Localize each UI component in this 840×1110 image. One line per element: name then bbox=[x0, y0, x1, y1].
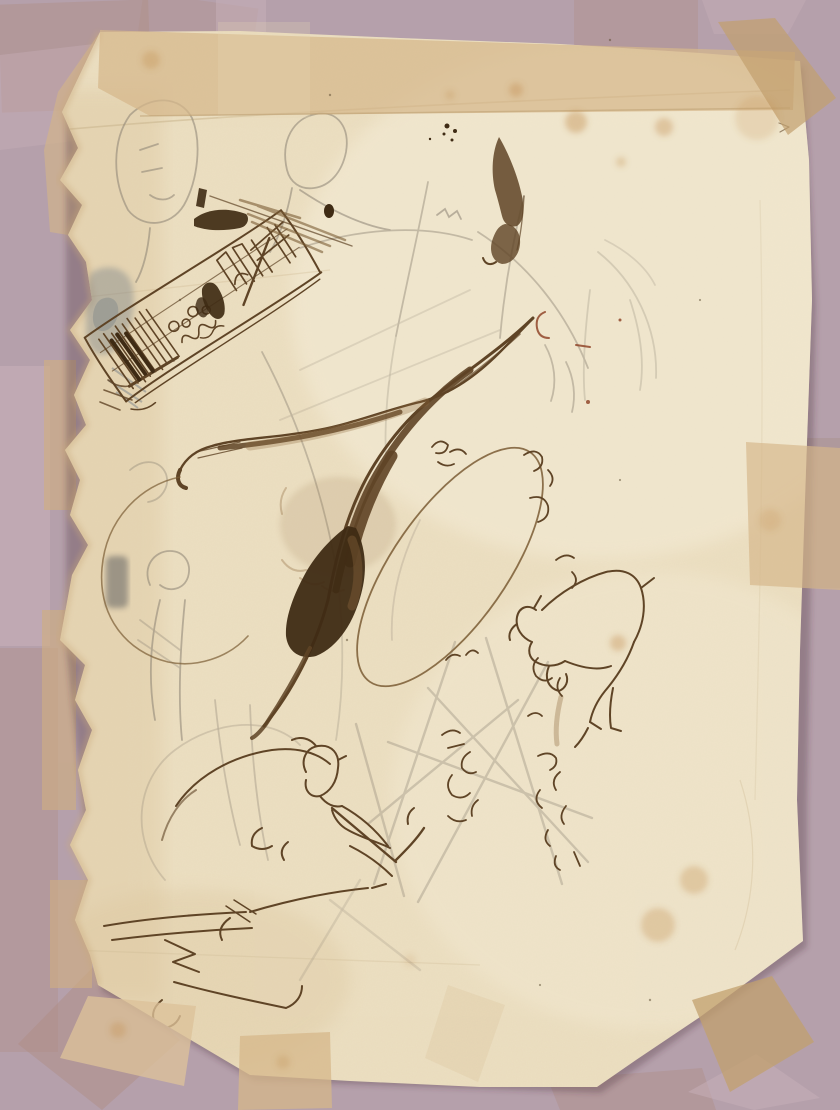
tape-bottom-middle bbox=[238, 1032, 332, 1110]
artwork-photo bbox=[0, 0, 840, 1110]
sketch-canvas bbox=[0, 0, 840, 1110]
paper-sheet bbox=[0, 0, 840, 1110]
